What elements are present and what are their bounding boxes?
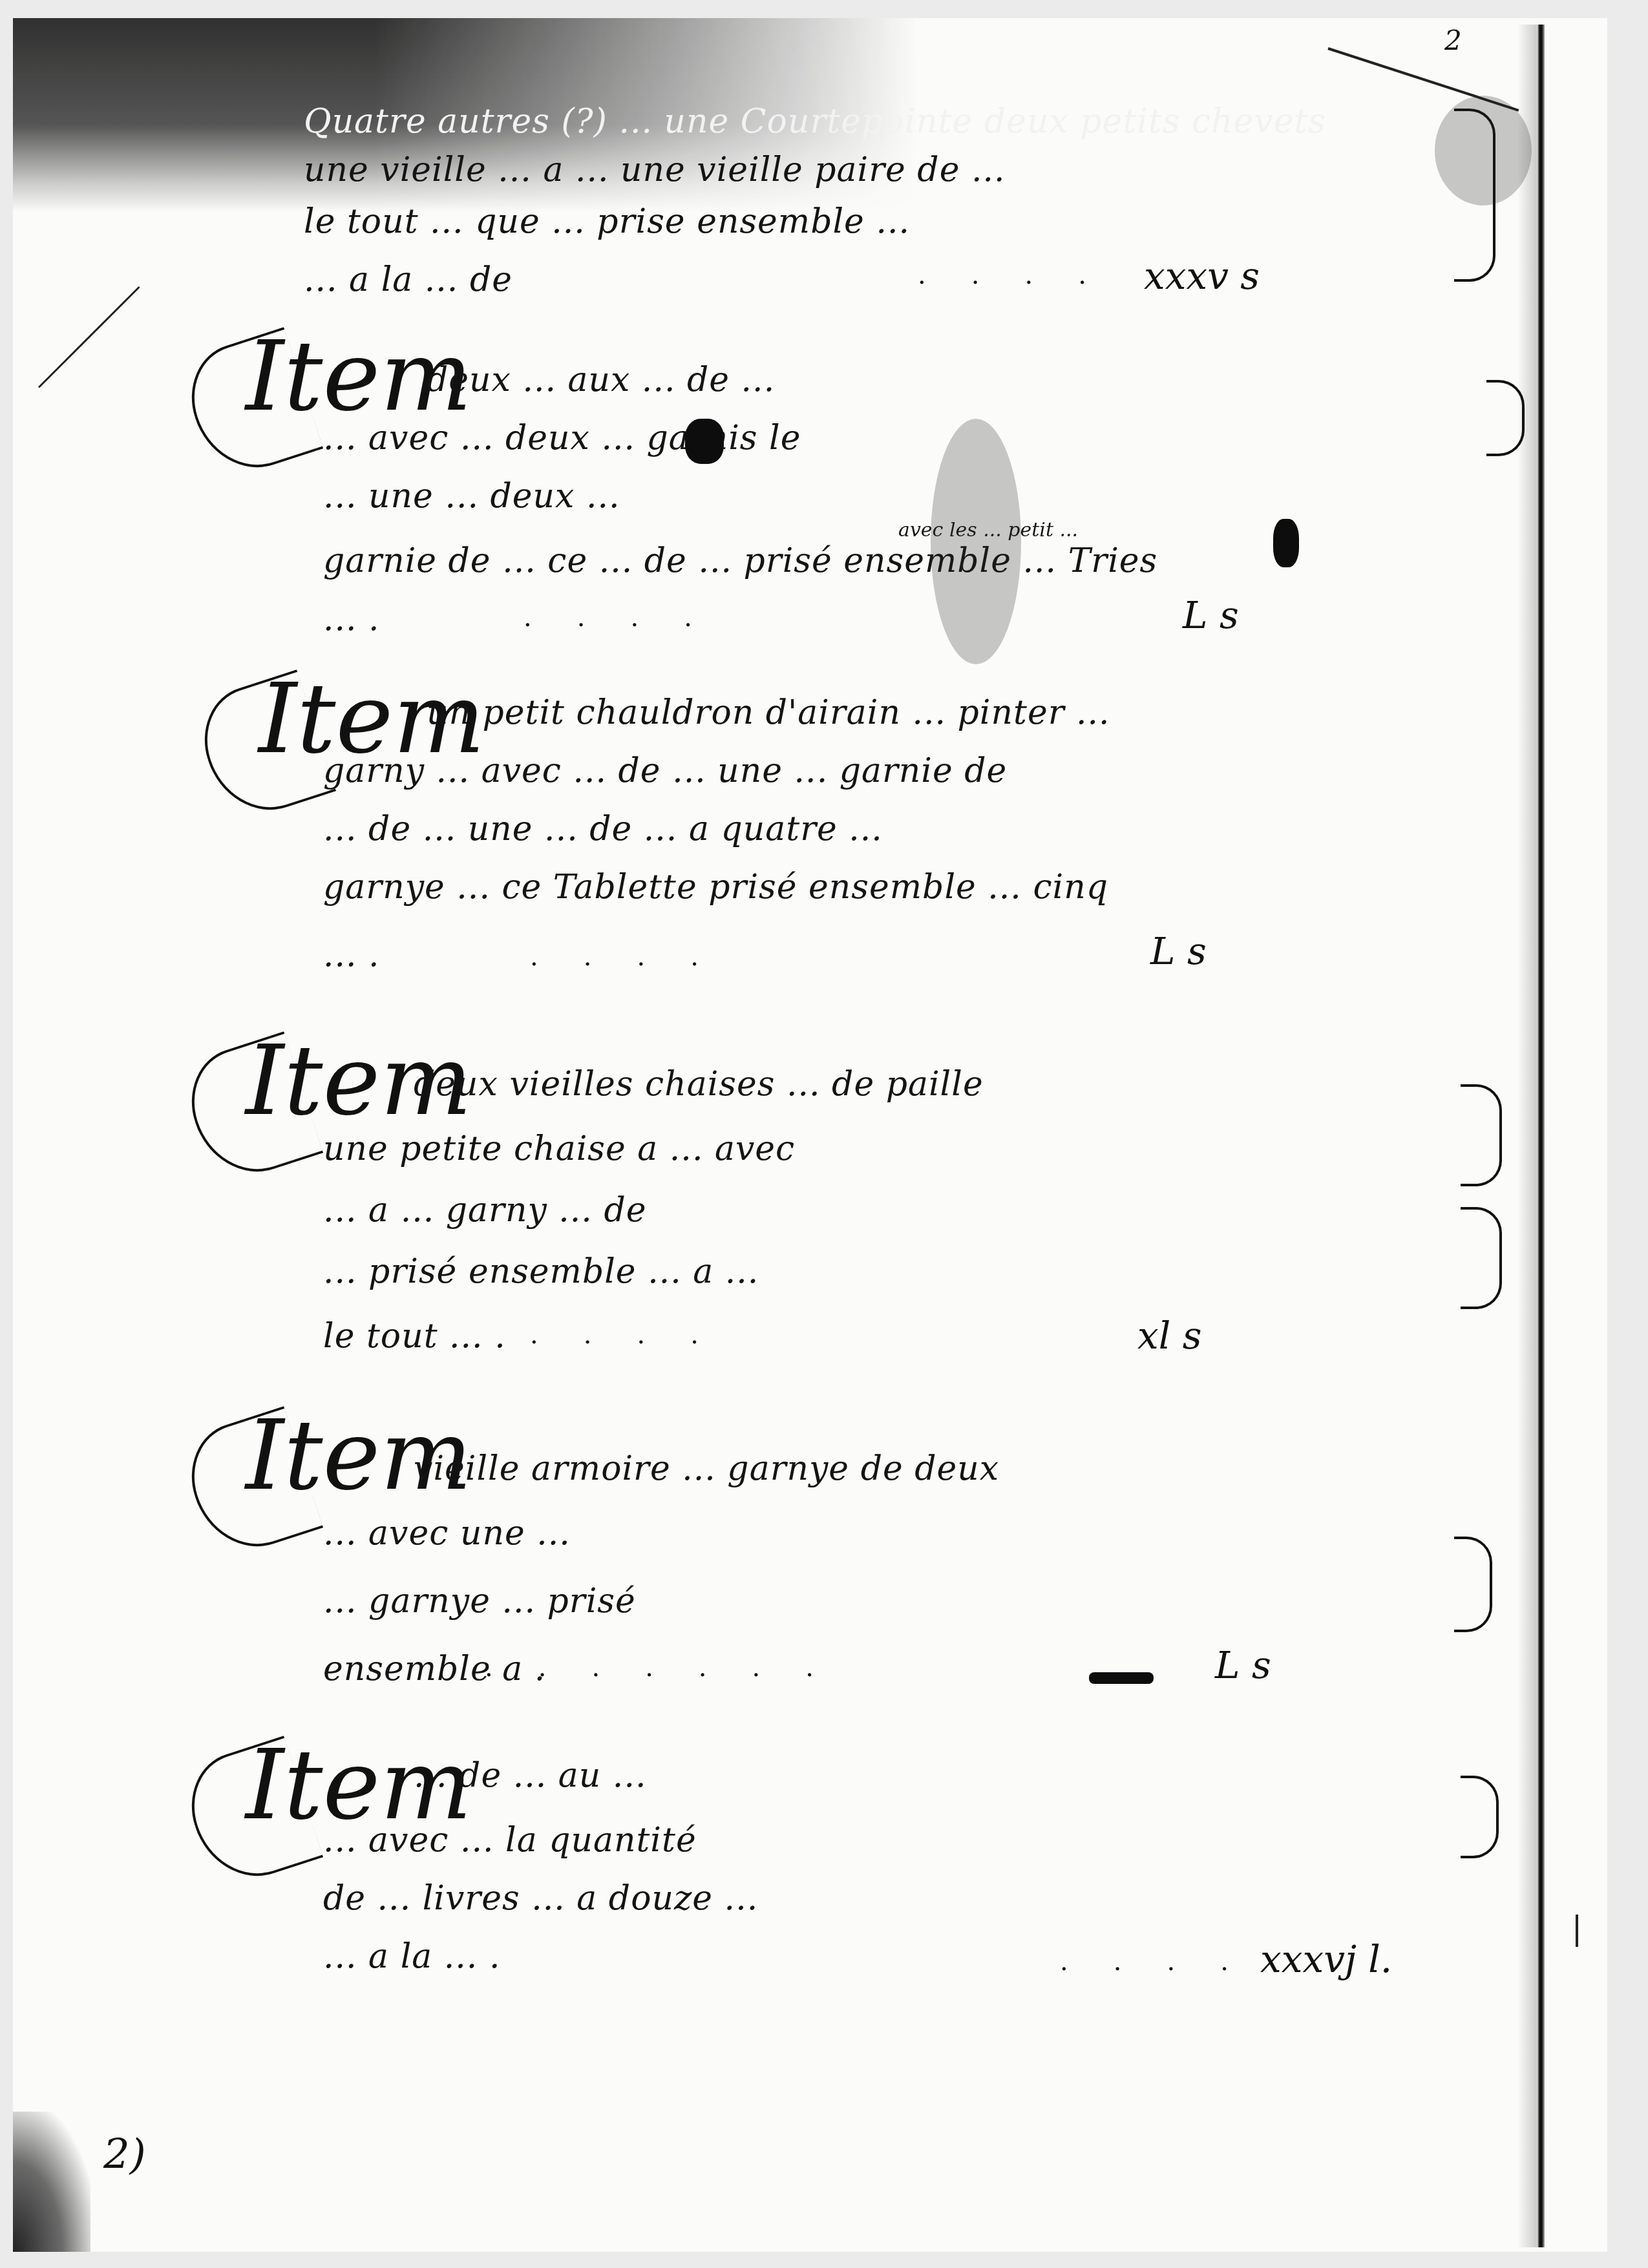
entry-line: une petite chaise a ... avec [323, 1129, 795, 1168]
entry-line: ... avec ... la quantité [323, 1821, 697, 1860]
entry-total: xxxvj l. [1260, 1937, 1392, 1981]
photocopy-noise [931, 419, 1021, 664]
entry-line: ... prisé ensemble ... a ... [323, 1252, 759, 1291]
entry-line: le tout ... que ... prise ensemble ... [304, 202, 910, 241]
leader-dots: .... [530, 942, 744, 972]
entry-line: ... . [323, 936, 380, 974]
entry-total: xl s [1137, 1314, 1201, 1358]
right-margin-rule [1537, 25, 1545, 2247]
page-number-top: 2 [1444, 25, 1462, 56]
entry-line: garnie de ... ce ... de ... prisé ensemb… [323, 541, 1157, 580]
bracket-stroke [1461, 1084, 1502, 1186]
entry-line: de ... livres ... a douze ... [323, 1879, 758, 1918]
ink-blot [1089, 1672, 1154, 1684]
entry-line: ... a ... garny ... de [323, 1191, 647, 1230]
entry-line: le tout ... . [323, 1317, 506, 1356]
bracket-stroke [1486, 380, 1525, 456]
ink-blot [685, 419, 724, 464]
photocopy-shadow-bottom-left [13, 2112, 90, 2252]
entry-total: L s [1215, 1643, 1271, 1687]
entry-line: un petit chauldron d'airain ... pinter .… [427, 693, 1110, 732]
entry-line: vieille armoire ... garnye de deux [414, 1449, 999, 1488]
leader-dots: .... [523, 603, 737, 633]
entry-line: ... a la ... de [304, 260, 512, 299]
entry-total: L s [1150, 929, 1207, 973]
entry-line: une vieille ... a ... une vieille paire … [304, 151, 1006, 189]
entry-line: deux ... aux ... de ... [427, 361, 775, 399]
stray-mark-right [1576, 1915, 1578, 1947]
entry-line: deux vieilles chaises ... de paille [414, 1065, 984, 1104]
ink-blot [1273, 519, 1299, 567]
entry-line: ... a la ... . [323, 1937, 500, 1976]
leader-dots: .... [530, 1320, 744, 1350]
leader-dots: .... [918, 260, 1132, 290]
manuscript-page: 2 2) Quatre autres (?) ... une Courtepoi… [13, 18, 1607, 2252]
page-number-bottom: 2) [103, 2131, 146, 2179]
entry-line: garny ... avec ... de ... une ... garnie… [323, 751, 1007, 790]
entry-line: Quatre autres (?) ... une Courtepointe d… [304, 102, 1326, 141]
entry-line: ... garnye ... prisé [323, 1582, 636, 1621]
entry-line: ... une ... deux ... [323, 477, 620, 516]
stray-stroke-left [38, 286, 140, 388]
entry-line: garnye ... ce Tablette prisé ensemble ..… [323, 868, 1108, 907]
bracket-stroke [1461, 1776, 1499, 1858]
entry-total: xxxv s [1144, 254, 1260, 298]
entry-line: ... avec une ... [323, 1514, 571, 1553]
bracket-stroke [1454, 1537, 1492, 1632]
leader-dots: ....... [485, 1653, 859, 1683]
photocopy-noise [1435, 96, 1532, 205]
entry-line: ... . [323, 600, 380, 638]
bracket-stroke [1461, 1207, 1502, 1309]
entry-line: ... de ... une ... de ... a quatre ... [323, 810, 883, 848]
entry-line: ... avec ... deux ... garnis le [323, 419, 801, 457]
entry-line: ... de ... au ... [414, 1756, 646, 1795]
leader-dots: .... [1060, 1947, 1274, 1977]
entry-total: L s [1183, 593, 1239, 637]
